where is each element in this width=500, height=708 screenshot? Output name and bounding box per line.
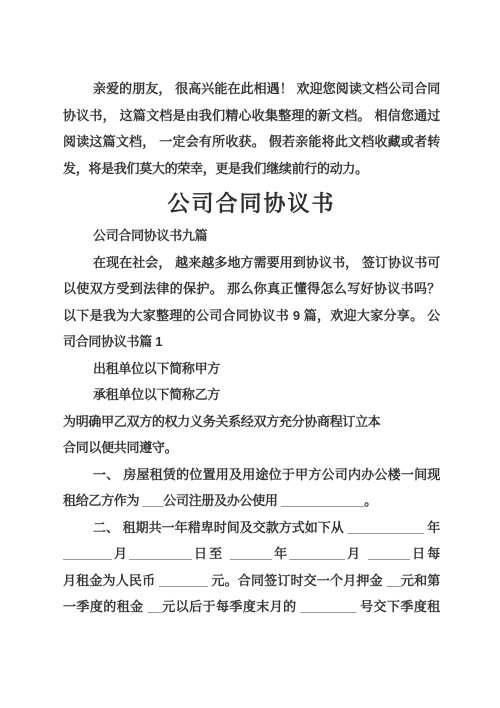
document-line: 亲爱的朋友， 很高兴能在此相遇！ 欢迎您阅读文档公司合同 (63, 76, 440, 103)
document-line: 公司合同协议书九篇 (63, 223, 440, 250)
document-line: 阅读这篇文档， 一定会有所收获。 假若亲能将此文档收藏或者转 (63, 129, 440, 156)
document-line: 合同以便共同遵守。 (63, 435, 440, 462)
document-line: 发，将是我们莫大的荣幸，更是我们继续前行的动力。 (63, 156, 440, 183)
document-line: 司合同协议书篇 1 (63, 329, 440, 356)
document-line: 以使双方受到法律的保护。 那么你真正懂得怎么写好协议书吗？ (63, 276, 440, 303)
document-line: 一季度的租金 __元以后于每季度末月的 ________ 号交下季度租 (63, 594, 440, 621)
document-line: 月租金为人民币 _______ 元。合同签订时交一个月押金 __元和第 (63, 568, 440, 595)
document-line: 承租单位以下简称乙方 (63, 382, 440, 409)
document-text-block: 亲爱的朋友， 很高兴能在此相遇！ 欢迎您阅读文档公司合同协议书， 这篇文档是由我… (63, 76, 440, 621)
document-page: 亲爱的朋友， 很高兴能在此相遇！ 欢迎您阅读文档公司合同协议书， 这篇文档是由我… (0, 0, 500, 708)
document-line: _______月_________日至 ______年________月 ___… (63, 541, 440, 568)
document-title: 公司合同协议书 (63, 185, 440, 223)
document-line: 以下是我为大家整理的公司合同协议书 9 篇，欢迎大家分享。 公 (63, 303, 440, 330)
document-line: 出租单位以下简称甲方 (63, 356, 440, 383)
document-line: 在现在社会， 越来越多地方需要用到协议书， 签订协议书可 (63, 250, 440, 277)
document-line: 一、 房屋租赁的位置用及用途位于甲方公司内办公楼一间现 (63, 462, 440, 489)
document-line: 租给乙方作为 ___公司注册及办公使用 ____________。 (63, 488, 440, 515)
document-line: 二、 租期共一年稓卑时间及交款方式如下从 ___________ 年 (63, 515, 440, 542)
document-line: 协议书， 这篇文档是由我们精心收集整理的新文档。 相信您通过 (63, 103, 440, 130)
document-line: 为明确甲乙双方的权力义务关系经双方充分协商程订立本 (63, 409, 440, 436)
